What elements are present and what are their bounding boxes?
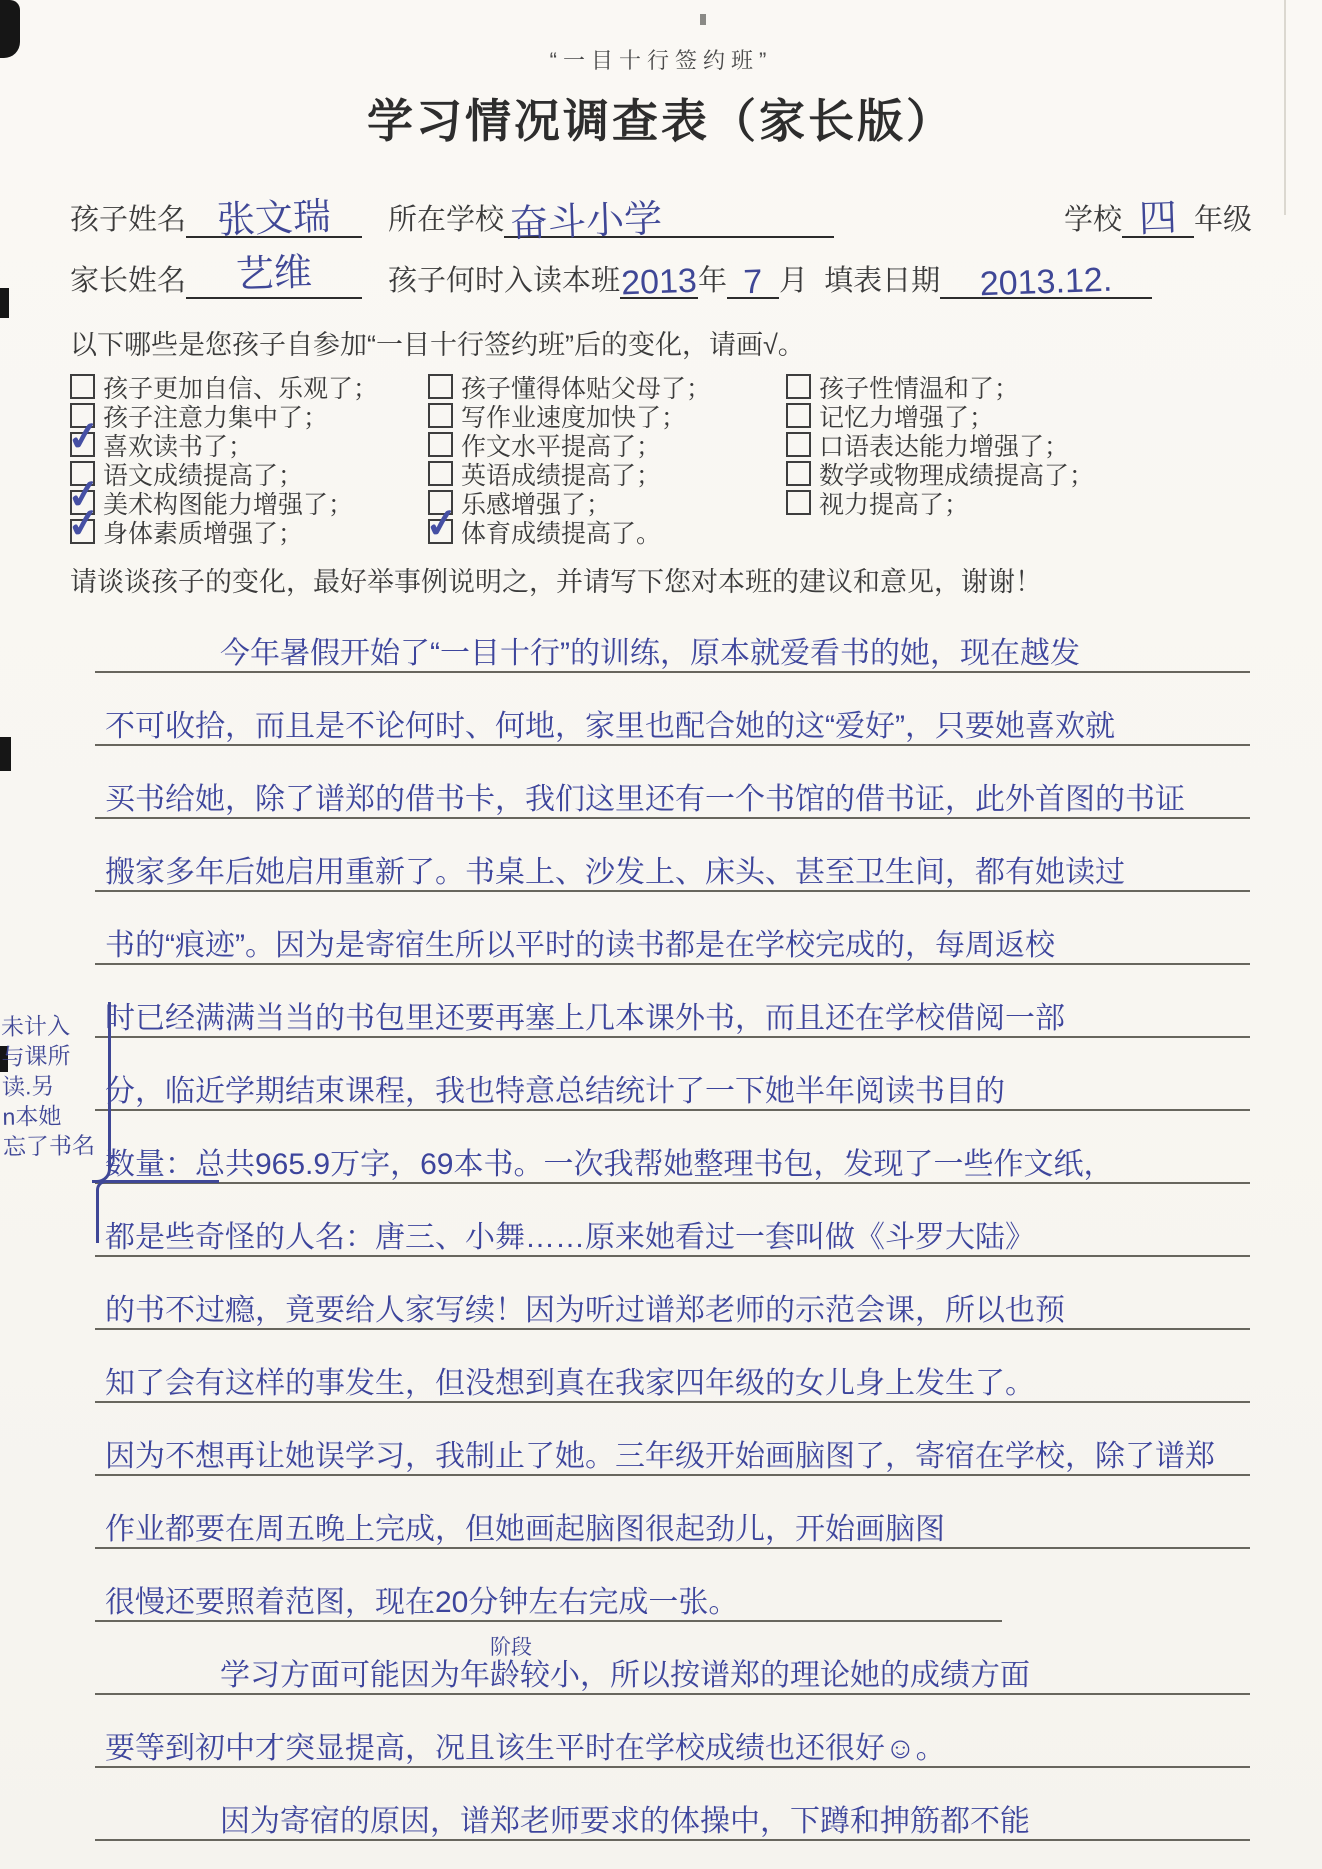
ruled-line xyxy=(95,1839,1250,1841)
checkbox: ✓ xyxy=(786,432,811,457)
checkmark: ✓ xyxy=(65,502,103,545)
grade-field: 四 xyxy=(1122,198,1194,238)
essay-line: 时已经满满当当的书包里还要再塞上几本课外书，而且还在学校借阅一部 xyxy=(70,972,1252,1045)
child-name-handwriting: 张文瑞 xyxy=(185,197,362,241)
checkbox: ✓ xyxy=(428,461,453,486)
checkbox-label: 体育成绩提高了。 xyxy=(461,514,661,550)
form-row-child: 孩子姓名 张文瑞 所在学校 奋斗小学 学校 四 年级 xyxy=(70,197,1252,238)
month-unit: 月 xyxy=(779,258,808,299)
ruled-line xyxy=(95,1766,1250,1768)
ruled-line xyxy=(95,1401,1250,1403)
essay-line: 要等到初中才突显提高，况且该生平时在学校成绩也还很好☺。 xyxy=(70,1702,1252,1775)
essay-line: 作业都要在周五晚上完成，但她画起脑图很起劲儿，开始画脑图 xyxy=(70,1483,1252,1556)
ruled-line xyxy=(95,963,1250,965)
essay-line: 因为不想再让她误学习，我制止了她。三年级开始画脑图了，寄宿在学校，除了谱郑 xyxy=(70,1410,1252,1483)
ruled-line xyxy=(95,1474,1250,1476)
grade-prefix-label: 学校 xyxy=(1064,197,1122,238)
scan-speck xyxy=(700,14,706,25)
checkbox: ✓ xyxy=(428,374,453,399)
checkbox-item: ✓ 视力提高了； xyxy=(786,488,1252,517)
essay-line: 都是些奇怪的人名：唐三、小舞……原来她看过一套叫做《斗罗大陆》 xyxy=(70,1191,1252,1264)
margin-note-connector xyxy=(92,1002,111,1183)
form-title: 学习情况调查表（家长版） xyxy=(70,85,1252,151)
ruled-line xyxy=(95,744,1250,746)
date-label: 填表日期 xyxy=(824,258,940,299)
ruled-line xyxy=(95,1036,1250,1038)
essay-line: 很慢还要照着范图，现在20分钟左右完成一张。 xyxy=(70,1556,1252,1629)
ruled-line xyxy=(95,1328,1250,1330)
essay-line: 知了会有这样的事发生，但没想到真在我家四年级的女儿身上发生了。 xyxy=(70,1337,1252,1410)
checkmark: ✓ xyxy=(423,502,461,545)
checkbox: ✓ xyxy=(70,432,95,457)
checkbox-empty-cell xyxy=(786,517,1252,546)
checkbox: ✓ xyxy=(428,519,453,544)
essay-line: 不可收拾，而且是不论何时、何地，家里也配合她的这“爱好”，只要她喜欢就 xyxy=(70,680,1252,753)
date-field: 2013.12. xyxy=(940,259,1152,299)
essay-section: 今年暑假开始了“一目十行”的训练，原本就爱看书的她，现在越发 不可收拾，而且是不… xyxy=(70,607,1252,1848)
ruled-line xyxy=(95,671,1250,673)
checkbox: ✓ xyxy=(70,374,95,399)
essay-line: 数量：总共965.9万字，69本书。一次我帮她整理书包，发现了一些作文纸， xyxy=(70,1118,1252,1191)
year-unit: 年 xyxy=(698,258,727,299)
margin-note-handwriting: 未计入 与课所 读.另 n本她 忘了书名 xyxy=(1,1011,98,1162)
class-name-quote: “一目十行签约班” xyxy=(70,44,1252,75)
school-handwriting: 奋斗小学 xyxy=(503,194,834,243)
essay-line: 今年暑假开始了“一目十行”的训练，原本就爱看书的她，现在越发 xyxy=(70,607,1252,680)
essay-line: 阶段 学习方面可能因为年龄较小，所以按谱郑的理论她的成绩方面 xyxy=(70,1629,1252,1702)
essay-line: 搬家多年后她启用重新了。书桌上、沙发上、床头、甚至卫生间，都有她读过 xyxy=(70,826,1252,899)
ruled-line xyxy=(95,1620,1002,1622)
ruled-line xyxy=(95,1693,1250,1695)
checkbox-item: ✓ 体育成绩提高了。 xyxy=(428,517,786,546)
checkbox: ✓ xyxy=(428,432,453,457)
enroll-month-field: 7 xyxy=(727,259,779,299)
scanned-form-page: “一目十行签约班” 学习情况调查表（家长版） 孩子姓名 张文瑞 所在学校 奋斗小… xyxy=(0,0,1322,1869)
grade-handwriting: 四 xyxy=(1121,199,1194,239)
enroll-year-handwriting: 2013 xyxy=(619,264,698,301)
ruled-line xyxy=(95,1182,1250,1184)
ruled-line xyxy=(95,1255,1250,1257)
margin-note-connector xyxy=(96,1180,219,1243)
enroll-year-field: 2013 xyxy=(620,259,698,299)
inserted-word-annotation: 阶段 xyxy=(490,1631,532,1661)
essay-line: 买书给她，除了谱郑的借书卡，我们这里还有一个书馆的借书证，此外首图的书证 xyxy=(70,753,1252,826)
enroll-label: 孩子何时入读本班 xyxy=(388,258,620,299)
checkbox-label: 身体素质增强了； xyxy=(103,514,303,550)
parent-name-label: 家长姓名 xyxy=(70,258,186,299)
child-name-label: 孩子姓名 xyxy=(70,197,186,238)
ruled-line xyxy=(95,1547,1250,1549)
date-handwriting: 2013.12. xyxy=(940,261,1153,302)
checkbox: ✓ xyxy=(428,403,453,428)
child-name-field: 张文瑞 xyxy=(186,198,362,238)
essay-line: 因为寄宿的原因，谱郑老师要求的体操中，下蹲和抻筋都不能 xyxy=(70,1775,1252,1848)
essay-line: 分，临近学期结束课程，我也特意总结统计了一下她半年阅读书目的 xyxy=(70,1045,1252,1118)
parent-name-field: 艺维 xyxy=(186,259,362,299)
ruled-line xyxy=(95,890,1250,892)
ruled-line xyxy=(95,817,1250,819)
enroll-month-handwriting: 7 xyxy=(726,264,779,300)
checkbox: ✓ xyxy=(786,374,811,399)
checkbox-item: ✓ 身体素质增强了； xyxy=(70,517,428,546)
form-row-parent: 家长姓名 艺维 孩子何时入读本班 2013 年 7 月 填表日期 2013.12… xyxy=(70,258,1252,299)
checkbox-grid: ✓ 孩子更加自信、乐观了； ✓ 孩子懂得体贴父母了； ✓ 孩子性情温和了； ✓ … xyxy=(70,372,1252,546)
survey-instruction: 以下哪些是您孩子自参加“一目十行签约班”后的变化，请画√。 xyxy=(70,323,1252,362)
checkbox: ✓ xyxy=(786,461,811,486)
ruled-line xyxy=(95,1109,1250,1111)
parent-name-handwriting: 艺维 xyxy=(185,252,362,296)
checkmark: ✓ xyxy=(65,415,103,458)
checkbox: ✓ xyxy=(786,490,811,515)
essay-line: 书的“痕迹”。因为是寄宿生所以平时的读书都是在学校完成的，每周返校 xyxy=(70,899,1252,972)
school-label: 所在学校 xyxy=(388,197,504,238)
essay-line: 的书不过瘾，竟要给人家写续！因为听过谱郑老师的示范会课，所以也预 xyxy=(70,1264,1252,1337)
checkbox-label: 视力提高了； xyxy=(819,485,969,521)
checkbox: ✓ xyxy=(786,403,811,428)
grade-suffix-label: 年级 xyxy=(1194,197,1252,238)
essay-prompt: 请谈谈孩子的变化，最好举事例说明之，并请写下您对本班的建议和意见，谢谢！ xyxy=(70,560,1252,599)
checkbox: ✓ xyxy=(70,519,95,544)
school-field: 奋斗小学 xyxy=(504,198,834,238)
